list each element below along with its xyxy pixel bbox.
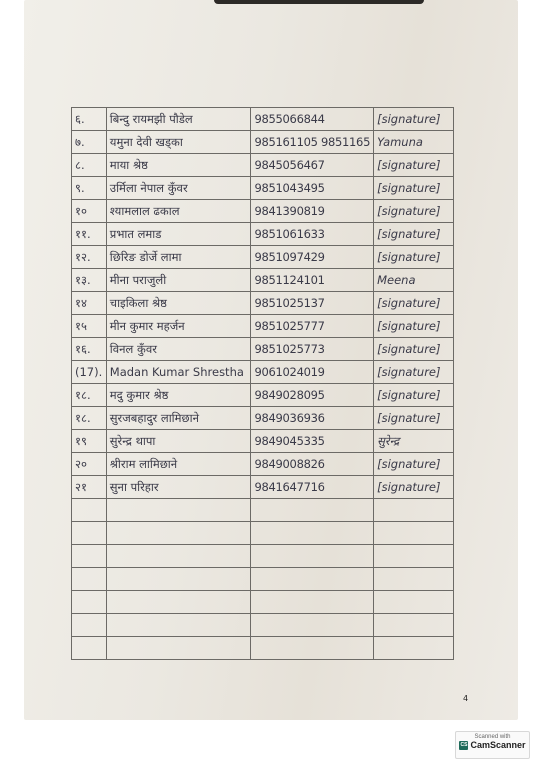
signature-cell (374, 545, 454, 568)
table-row: ६.बिन्दु रायमझी पौडेल9855066844[signatur… (72, 108, 454, 131)
serial-number-cell: १४ (72, 292, 107, 315)
signature-cell: [signature] (374, 361, 454, 384)
signature-cell: [signature] (374, 246, 454, 269)
serial-number-cell: १० (72, 200, 107, 223)
serial-number-cell (72, 637, 107, 660)
signature-cell: Meena (374, 269, 454, 292)
table-row (72, 545, 454, 568)
name-cell (106, 499, 251, 522)
serial-number-cell: १२. (72, 246, 107, 269)
serial-number-cell: ६. (72, 108, 107, 131)
table-row (72, 499, 454, 522)
serial-number-cell: २० (72, 453, 107, 476)
table-row: १९सुरेन्द्र थापा9849045335सुरेन्द्र (72, 430, 454, 453)
signature-cell: [signature] (374, 292, 454, 315)
table-row (72, 614, 454, 637)
camscanner-badge: Scanned with CS CamScanner (455, 731, 530, 759)
phone-cell: 9845056467 (251, 154, 374, 177)
table-row: १०श्यामलाल ढकाल9841390819[signature] (72, 200, 454, 223)
name-cell: बिन्दु रायमझी पौडेल (106, 108, 251, 131)
phone-cell: 9851025773 (251, 338, 374, 361)
table-row: ७.यमुना देवी खड्का985161105 9851165Yamun… (72, 131, 454, 154)
signature-cell: [signature] (374, 338, 454, 361)
badge-brand: CamScanner (470, 740, 525, 750)
name-cell: माया श्रेष्ठ (106, 154, 251, 177)
page-number: 4 (463, 694, 468, 703)
phone-cell: 9851043495 (251, 177, 374, 200)
name-cell: Madan Kumar Shrestha (106, 361, 251, 384)
table-row: ११.प्रभात लमाड9851061633[signature] (72, 223, 454, 246)
name-cell: सुरजबहादुर लामिछाने (106, 407, 251, 430)
table-row: १४चाइकिला श्रेष्ठ9851025137[signature] (72, 292, 454, 315)
table-row: (17).Madan Kumar Shrestha9061024019[sign… (72, 361, 454, 384)
phone-cell: 9851124101 (251, 269, 374, 292)
name-cell: उर्मिला नेपाल कुँवर (106, 177, 251, 200)
serial-number-cell (72, 499, 107, 522)
signature-cell: [signature] (374, 108, 454, 131)
signature-cell: सुरेन्द्र (374, 430, 454, 453)
table-row: १६.विनल कुँवर9851025773[signature] (72, 338, 454, 361)
phone-cell (251, 499, 374, 522)
name-cell (106, 637, 251, 660)
name-cell: सुना परिहार (106, 476, 251, 499)
phone-cell (251, 522, 374, 545)
serial-number-cell: ७. (72, 131, 107, 154)
table-row: १२.छिरिङ डोर्जे लामा9851097429[signature… (72, 246, 454, 269)
phone-cell: 9851025137 (251, 292, 374, 315)
name-cell (106, 614, 251, 637)
serial-number-cell: १८. (72, 384, 107, 407)
phone-cell: 9841390819 (251, 200, 374, 223)
signature-cell (374, 637, 454, 660)
table-row (72, 522, 454, 545)
table-row: ८.माया श्रेष्ठ9845056467[signature] (72, 154, 454, 177)
phone-cell: 9849045335 (251, 430, 374, 453)
signature-cell (374, 591, 454, 614)
phone-cell: 9855066844 (251, 108, 374, 131)
signature-cell: Yamuna (374, 131, 454, 154)
attendance-table: ६.बिन्दु रायमझी पौडेल9855066844[signatur… (71, 107, 454, 660)
serial-number-cell: ९. (72, 177, 107, 200)
signature-cell: [signature] (374, 177, 454, 200)
phone-cell (251, 568, 374, 591)
name-cell: श्यामलाल ढकाल (106, 200, 251, 223)
name-cell: मीना पराजुली (106, 269, 251, 292)
phone-cell: 985161105 9851165 (251, 131, 374, 154)
phone-cell (251, 545, 374, 568)
table-row: १५मीन कुमार महर्जन9851025777[signature] (72, 315, 454, 338)
signature-cell: [signature] (374, 453, 454, 476)
serial-number-cell (72, 591, 107, 614)
name-cell: सुरेन्द्र थापा (106, 430, 251, 453)
phone-cell: 9061024019 (251, 361, 374, 384)
signature-cell: [signature] (374, 223, 454, 246)
signature-cell (374, 568, 454, 591)
phone-cell: 9851025777 (251, 315, 374, 338)
signature-cell: [signature] (374, 200, 454, 223)
phone-cell (251, 637, 374, 660)
name-cell: मदु कुमार श्रेष्ठ (106, 384, 251, 407)
serial-number-cell: १९ (72, 430, 107, 453)
phone-cell: 9849028095 (251, 384, 374, 407)
serial-number-cell: १६. (72, 338, 107, 361)
name-cell: मीन कुमार महर्जन (106, 315, 251, 338)
serial-number-cell: २१ (72, 476, 107, 499)
serial-number-cell: १५ (72, 315, 107, 338)
signature-cell (374, 522, 454, 545)
serial-number-cell: (17). (72, 361, 107, 384)
table-row (72, 568, 454, 591)
table-row: ९.उर्मिला नेपाल कुँवर9851043495[signatur… (72, 177, 454, 200)
signature-cell: [signature] (374, 407, 454, 430)
name-cell: चाइकिला श्रेष्ठ (106, 292, 251, 315)
name-cell (106, 522, 251, 545)
serial-number-cell (72, 545, 107, 568)
serial-number-cell: १८. (72, 407, 107, 430)
name-cell: विनल कुँवर (106, 338, 251, 361)
table-row: २०श्रीराम लामिछाने9849008826[signature] (72, 453, 454, 476)
serial-number-cell: १३. (72, 269, 107, 292)
phone-cell: 9849036936 (251, 407, 374, 430)
signature-cell (374, 499, 454, 522)
table-row: १३.मीना पराजुली9851124101Meena (72, 269, 454, 292)
clipboard-clip (214, 0, 424, 4)
signature-cell: [signature] (374, 476, 454, 499)
name-cell (106, 591, 251, 614)
table-row: २१सुना परिहार9841647716[signature] (72, 476, 454, 499)
signature-cell (374, 614, 454, 637)
name-cell (106, 545, 251, 568)
phone-cell: 9849008826 (251, 453, 374, 476)
serial-number-cell (72, 614, 107, 637)
serial-number-cell (72, 568, 107, 591)
serial-number-cell: ११. (72, 223, 107, 246)
table-row (72, 591, 454, 614)
table-row: १८.सुरजबहादुर लामिछाने9849036936[signatu… (72, 407, 454, 430)
table-row: १८.मदु कुमार श्रेष्ठ9849028095[signature… (72, 384, 454, 407)
table-row (72, 637, 454, 660)
phone-cell (251, 591, 374, 614)
name-cell: यमुना देवी खड्का (106, 131, 251, 154)
name-cell (106, 568, 251, 591)
signature-cell: [signature] (374, 154, 454, 177)
signature-cell: [signature] (374, 384, 454, 407)
name-cell: छिरिङ डोर्जे लामा (106, 246, 251, 269)
signature-cell: [signature] (374, 315, 454, 338)
camscanner-logo-icon: CS (459, 741, 468, 750)
serial-number-cell (72, 522, 107, 545)
phone-cell: 9851097429 (251, 246, 374, 269)
serial-number-cell: ८. (72, 154, 107, 177)
phone-cell: 9851061633 (251, 223, 374, 246)
name-cell: प्रभात लमाड (106, 223, 251, 246)
name-cell: श्रीराम लामिछाने (106, 453, 251, 476)
phone-cell: 9841647716 (251, 476, 374, 499)
phone-cell (251, 614, 374, 637)
